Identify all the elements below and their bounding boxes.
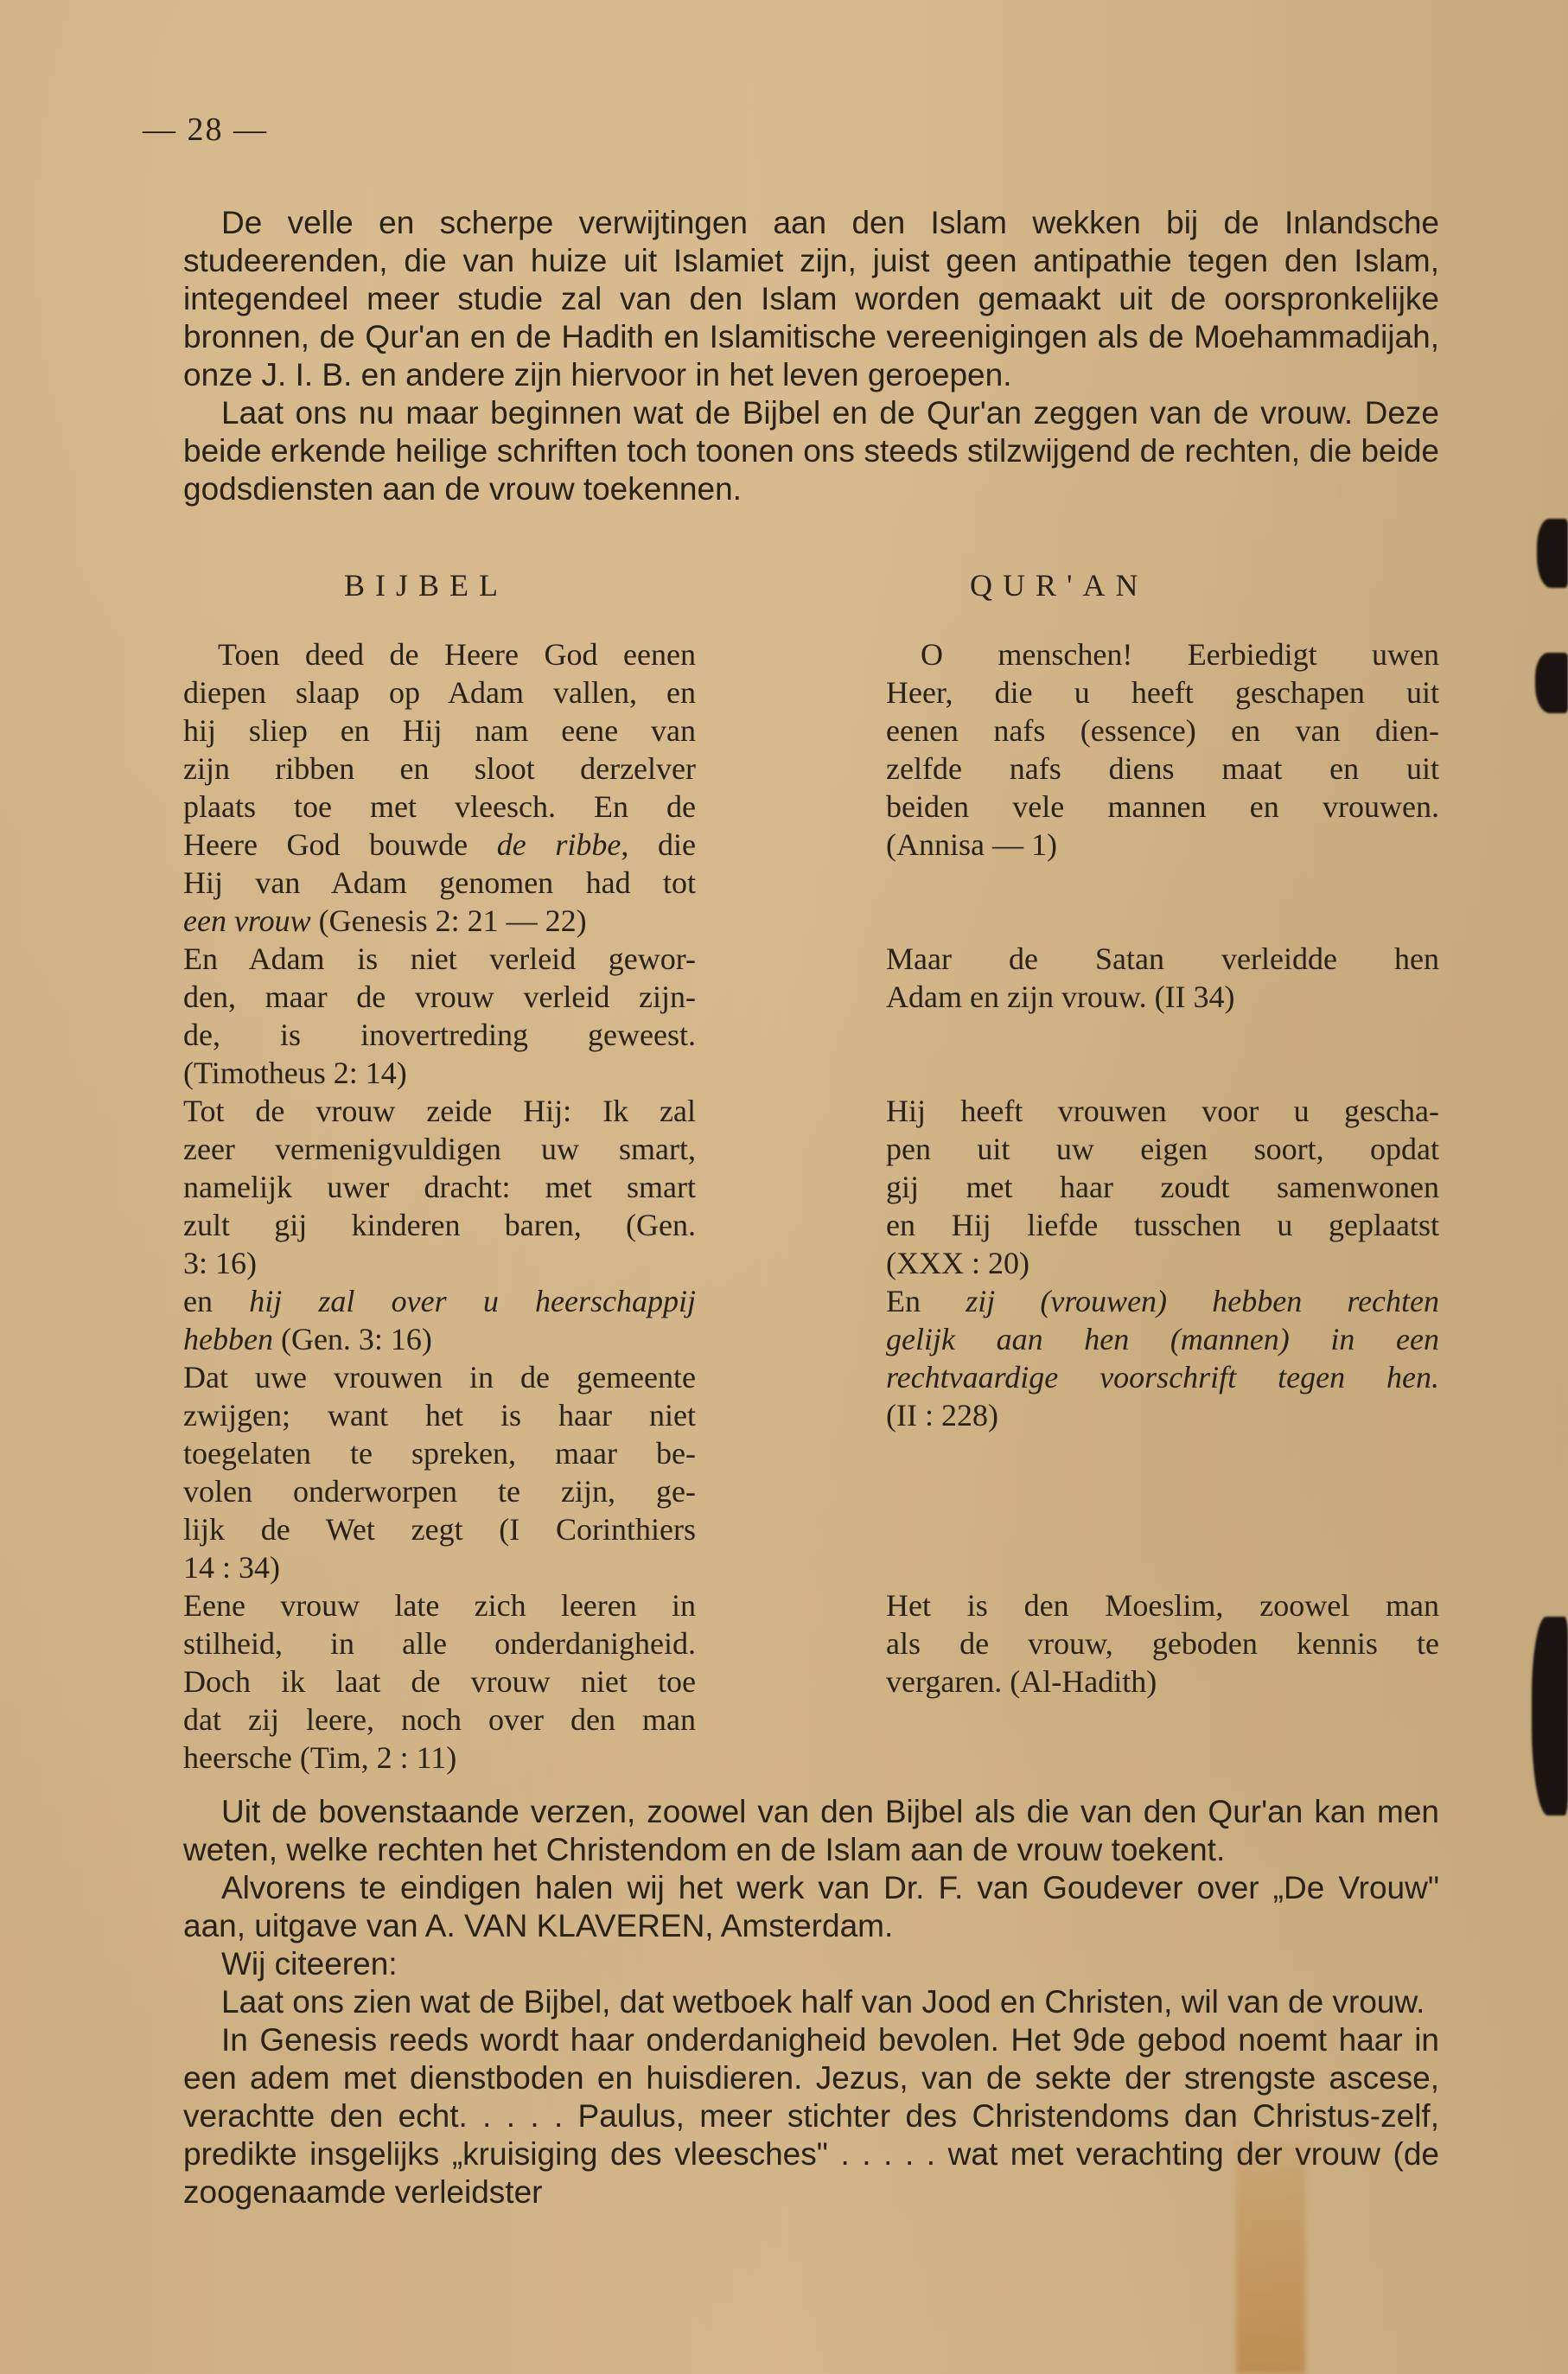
verse-line: Heere God bouwde de ribbe, die bbox=[183, 826, 696, 864]
verse-text: Heer, die u heeft geschapen uit bbox=[886, 675, 1439, 710]
emphasis-text: de ribbe bbox=[497, 827, 621, 862]
verse-line: 14 : 34) bbox=[183, 1548, 696, 1586]
verse-line: Eene vrouw late zich leeren in bbox=[183, 1586, 696, 1624]
verse-line: plaats toe met vleesch. En de bbox=[183, 788, 696, 826]
verse-line: (II : 228) bbox=[886, 1396, 1439, 1434]
verse-line: Hij van Adam genomen had tot bbox=[183, 864, 696, 902]
verse-text: 3: 16) bbox=[183, 1246, 257, 1280]
blank-line bbox=[886, 1016, 1439, 1054]
verse-line: heersche (Tim, 2 : 11) bbox=[183, 1739, 696, 1777]
column-heading-quran: QUR'AN bbox=[970, 567, 1149, 603]
binding-mark bbox=[1532, 1617, 1568, 1816]
verse-text: En Adam is niet verleid gewor- bbox=[183, 941, 696, 976]
verse-line: (Timotheus 2: 14) bbox=[183, 1054, 696, 1092]
intro-paragraph: Laat ons nu maar beginnen wat de Bijbel … bbox=[183, 394, 1439, 508]
verse-text: Adam en zijn vrouw. (II 34) bbox=[886, 980, 1235, 1014]
verse-text: Hij van Adam genomen had tot bbox=[183, 865, 696, 900]
verse-line: volen onderworpen te zijn, ge- bbox=[183, 1472, 696, 1510]
verse-line: zult gij kinderen baren, (Gen. bbox=[183, 1206, 696, 1244]
verse-line: (Annisa — 1) bbox=[886, 826, 1439, 864]
page-number: — 28 — bbox=[143, 111, 268, 149]
verse-line: Maar de Satan verleidde hen bbox=[886, 940, 1439, 978]
verse-text: (Gen. 3: 16) bbox=[273, 1322, 432, 1356]
verse-text: En bbox=[886, 1284, 966, 1318]
verse-line: zeer vermenigvuldigen uw smart, bbox=[183, 1130, 696, 1168]
emphasis-text: gelijk aan hen (mannen) in een bbox=[886, 1322, 1439, 1356]
closing-paragraph: Wij citeeren: bbox=[183, 1945, 1439, 1983]
verse-text: zult gij kinderen baren, (Gen. bbox=[183, 1208, 696, 1242]
verse-text: (Genesis 2: 21 — 22) bbox=[311, 903, 587, 938]
verse-text: (II : 228) bbox=[886, 1398, 998, 1433]
verse-line: beiden vele mannen en vrouwen. bbox=[886, 788, 1439, 826]
verse-text: 14 : 34) bbox=[183, 1550, 280, 1585]
verse-text: eenen nafs (essence) en van dien- bbox=[886, 713, 1439, 748]
verse-line: den, maar de vrouw verleid zijn- bbox=[183, 978, 696, 1016]
verse-line: 3: 16) bbox=[183, 1244, 696, 1282]
verse-text: Dat uwe vrouwen in de gemeente bbox=[183, 1360, 696, 1394]
verse-text: zelfde nafs diens maat en uit bbox=[886, 751, 1439, 786]
intro-section: De velle en scherpe verwijtingen aan den… bbox=[183, 204, 1439, 508]
verse-text: (XXX : 20) bbox=[886, 1246, 1029, 1280]
verse-text: vergaren. (Al-Hadith) bbox=[886, 1664, 1157, 1699]
verse-text: hij sliep en Hij nam eene van bbox=[183, 713, 696, 748]
emphasis-text: hij zal over u heerschappij bbox=[249, 1284, 696, 1318]
verse-line: Heer, die u heeft geschapen uit bbox=[886, 673, 1439, 712]
verse-line: en hij zal over u heerschappij bbox=[183, 1282, 696, 1320]
verse-text: (Timotheus 2: 14) bbox=[183, 1056, 407, 1090]
verse-text: gij met haar zoudt samenwonen bbox=[886, 1170, 1439, 1204]
verse-text: zeer vermenigvuldigen uw smart, bbox=[183, 1132, 696, 1166]
verse-text: den, maar de vrouw verleid zijn- bbox=[183, 980, 696, 1014]
verse-line: diepen slaap op Adam vallen, en bbox=[183, 673, 696, 712]
verse-text: heersche (Tim, 2 : 11) bbox=[183, 1740, 456, 1775]
verse-line: eenen nafs (essence) en van dien- bbox=[886, 712, 1439, 750]
verse-line: een vrouw (Genesis 2: 21 — 22) bbox=[183, 902, 696, 940]
intro-paragraph: De velle en scherpe verwijtingen aan den… bbox=[183, 204, 1439, 394]
closing-paragraph: Laat ons zien wat de Bijbel, dat wetboek… bbox=[183, 1983, 1439, 2021]
verse-line: Doch ik laat de vrouw niet toe bbox=[183, 1662, 696, 1701]
verse-line: gij met haar zoudt samenwonen bbox=[886, 1168, 1439, 1206]
blank-line bbox=[886, 1054, 1439, 1092]
blank-line bbox=[886, 902, 1439, 940]
verse-line: stilheid, in alle onderdanigheid. bbox=[183, 1624, 696, 1662]
column-heading-bijbel: BIJBEL bbox=[344, 567, 508, 603]
closing-paragraph: Uit de bovenstaande verzen, zoowel van d… bbox=[183, 1793, 1439, 1869]
verse-line: gelijk aan hen (mannen) in een bbox=[886, 1320, 1439, 1358]
verse-text: O menschen! Eerbiedigt uwen bbox=[921, 637, 1439, 672]
verse-text: Eene vrouw late zich leeren in bbox=[183, 1588, 696, 1623]
verse-text: Toen deed de Heere God eenen bbox=[218, 637, 696, 672]
verse-line: O menschen! Eerbiedigt uwen bbox=[886, 635, 1439, 673]
closing-section: Uit de bovenstaande verzen, zoowel van d… bbox=[183, 1793, 1439, 2211]
verse-text: Hij heeft vrouwen voor u gescha- bbox=[886, 1094, 1439, 1128]
verse-line: Toen deed de Heere God eenen bbox=[183, 635, 696, 673]
blank-line bbox=[886, 1510, 1439, 1548]
verse-text: als de vrouw, geboden kennis te bbox=[886, 1626, 1439, 1661]
verse-text: toegelaten te spreken, maar be- bbox=[183, 1436, 696, 1471]
verse-text: Tot de vrouw zeide Hij: Ik zal bbox=[183, 1094, 696, 1128]
verse-line: Tot de vrouw zeide Hij: Ik zal bbox=[183, 1092, 696, 1130]
verse-text: namelijk uwer dracht: met smart bbox=[183, 1170, 696, 1204]
verse-line: Adam en zijn vrouw. (II 34) bbox=[886, 978, 1439, 1016]
closing-paragraph: Alvorens te eindigen halen wij het werk … bbox=[183, 1869, 1439, 1945]
verse-text: lijk de Wet zegt (I Corinthiers bbox=[183, 1512, 696, 1547]
verse-line: als de vrouw, geboden kennis te bbox=[886, 1624, 1439, 1662]
closing-paragraph: In Genesis reeds wordt haar onderdanighe… bbox=[183, 2021, 1439, 2211]
blank-line bbox=[886, 1472, 1439, 1510]
verse-text: Heere God bouwde bbox=[183, 827, 497, 862]
verse-line: (XXX : 20) bbox=[886, 1244, 1439, 1282]
verse-text: zwijgen; want het is haar niet bbox=[183, 1398, 696, 1433]
binding-mark bbox=[1535, 653, 1568, 713]
verse-line: Hij heeft vrouwen voor u gescha- bbox=[886, 1092, 1439, 1130]
verse-text: Maar de Satan verleidde hen bbox=[886, 941, 1439, 976]
verse-text: en Hij liefde tusschen u geplaatst bbox=[886, 1208, 1439, 1242]
binding-mark bbox=[1537, 519, 1568, 588]
emphasis-text: een vrouw bbox=[183, 903, 311, 938]
verse-text: , die bbox=[621, 827, 696, 862]
emphasis-text: zij (vrouwen) hebben rechten bbox=[966, 1284, 1439, 1318]
verse-line: Het is den Moeslim, zoowel man bbox=[886, 1586, 1439, 1624]
blank-line bbox=[886, 1434, 1439, 1472]
verse-line: namelijk uwer dracht: met smart bbox=[183, 1168, 696, 1206]
verse-line: dat zij leere, noch over den man bbox=[183, 1701, 696, 1739]
verse-line: de, is inovertreding geweest. bbox=[183, 1016, 696, 1054]
verse-text: Doch ik laat de vrouw niet toe bbox=[183, 1664, 696, 1699]
verse-line: pen uit uw eigen soort, opdat bbox=[886, 1130, 1439, 1168]
verse-line: Dat uwe vrouwen in de gemeente bbox=[183, 1358, 696, 1396]
verse-line: lijk de Wet zegt (I Corinthiers bbox=[183, 1510, 696, 1548]
emphasis-text: hebben bbox=[183, 1322, 273, 1356]
verse-line: hij sliep en Hij nam eene van bbox=[183, 712, 696, 750]
verse-text: de, is inovertreding geweest. bbox=[183, 1018, 696, 1052]
verse-line: hebben (Gen. 3: 16) bbox=[183, 1320, 696, 1358]
verse-text: Het is den Moeslim, zoowel man bbox=[886, 1588, 1439, 1623]
verse-line: vergaren. (Al-Hadith) bbox=[886, 1662, 1439, 1701]
verse-text: stilheid, in alle onderdanigheid. bbox=[183, 1626, 696, 1661]
verse-line: en Hij liefde tusschen u geplaatst bbox=[886, 1206, 1439, 1244]
blank-line bbox=[886, 1548, 1439, 1586]
verse-text: volen onderworpen te zijn, ge- bbox=[183, 1474, 696, 1509]
verse-line: toegelaten te spreken, maar be- bbox=[183, 1434, 696, 1472]
verse-text: beiden vele mannen en vrouwen. bbox=[886, 789, 1439, 824]
verse-line: zijn ribben en sloot derzelver bbox=[183, 750, 696, 788]
verse-text: pen uit uw eigen soort, opdat bbox=[886, 1132, 1439, 1166]
verse-line: zwijgen; want het is haar niet bbox=[183, 1396, 696, 1434]
verse-line: En zij (vrouwen) hebben rechten bbox=[886, 1282, 1439, 1320]
verse-text: dat zij leere, noch over den man bbox=[183, 1702, 696, 1737]
verse-line: zelfde nafs diens maat en uit bbox=[886, 750, 1439, 788]
blank-line bbox=[886, 864, 1439, 902]
verse-text: diepen slaap op Adam vallen, en bbox=[183, 675, 696, 710]
bijbel-column: Toen deed de Heere God eenendiepen slaap… bbox=[183, 635, 696, 1777]
verse-text: en bbox=[183, 1284, 249, 1318]
emphasis-text: rechtvaardige voorschrift tegen hen. bbox=[886, 1360, 1439, 1394]
verse-text: (Annisa — 1) bbox=[886, 827, 1057, 862]
verse-text: zijn ribben en sloot derzelver bbox=[183, 751, 696, 786]
verse-line: rechtvaardige voorschrift tegen hen. bbox=[886, 1358, 1439, 1396]
verse-line: En Adam is niet verleid gewor- bbox=[183, 940, 696, 978]
quran-column: O menschen! Eerbiedigt uwenHeer, die u h… bbox=[886, 635, 1439, 1701]
verse-text: plaats toe met vleesch. En de bbox=[183, 789, 696, 824]
